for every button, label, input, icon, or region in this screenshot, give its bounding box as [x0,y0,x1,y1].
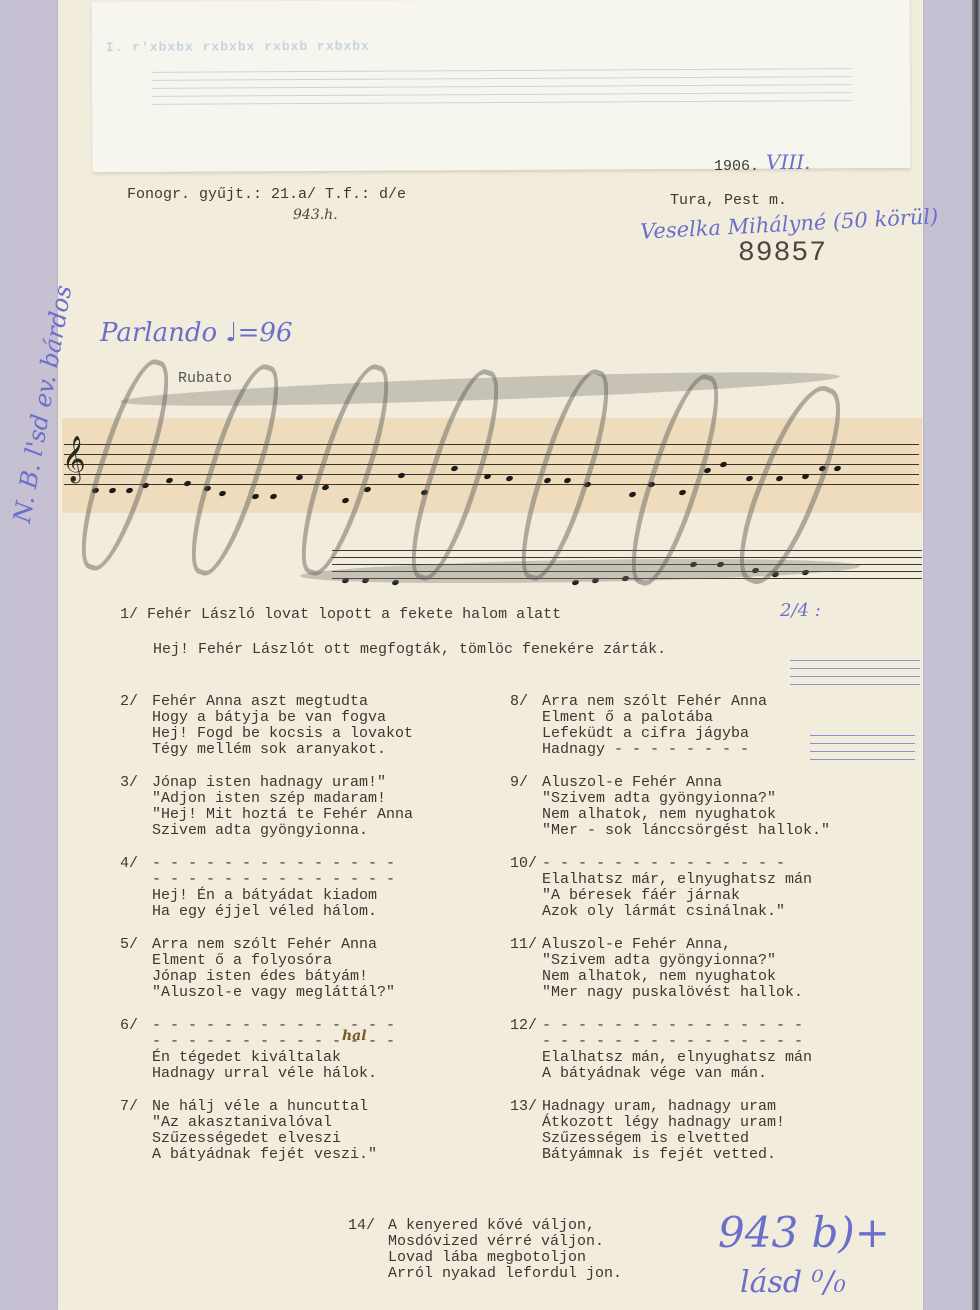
verse-3: 3/Jónap isten hadnagy uram!" "Adjon iste… [120,775,480,839]
verse-5: 5/Arra nem szólt Fehér Anna Elment ő a f… [120,937,480,1001]
verse-6: 6/- - - - - - - - - - - - - - - - - - - … [120,1018,480,1082]
archive-number: 89857 [738,238,827,269]
tempo-handwritten: Parlando ♩=96 [100,318,293,348]
treble-clef-icon: 𝄞 [62,436,86,482]
attached-music-slip: I. r'xbxbx rxbxbx rxbxb rxbxbx [92,0,911,172]
verse-1-line-2: Hej! Fehér Lászlót ott megfogták, tömlöc… [153,641,666,658]
month-handwritten: VIII. [766,150,811,174]
slip-faint-title: I. r'xbxbx rxbxbx rxbxb rxbxbx [106,39,370,55]
verse-10: 10/- - - - - - - - - - - - - - Elalhatsz… [510,856,890,920]
verse-4: 4/- - - - - - - - - - - - - - - - - - - … [120,856,480,920]
slip-staff [152,68,852,112]
verse-9: 9/Aluszol-e Fehér Anna "Szivem adta gyön… [510,775,890,839]
handwritten-staff-1 [790,660,920,690]
verse-14: 14/A kenyered kővé váljon, Mosdóvized vé… [348,1218,708,1282]
binder-edge [972,0,980,1310]
side-note-handwritten: 2/4 : [780,600,821,621]
verse-7: 7/Ne hálj véle a huncuttal "Az akasztani… [120,1099,480,1163]
verse-1-line-1: 1/ Fehér László lovat lopott a fekete ha… [120,606,561,623]
verse-13: 13/Hadnagy uram, hadnagy uram Átkozott l… [510,1099,890,1163]
place: Tura, Pest m. [670,192,787,209]
verse-2: 2/Fehér Anna aszt megtudta Hogy a bátyja… [120,694,480,758]
typed-tempo: Rubato [178,370,232,387]
verse-8: 8/Arra nem szólt Fehér Anna Elment ő a p… [510,694,890,758]
collection-handwritten: 943.h. [293,207,338,223]
verses-left-column: 2/Fehér Anna aszt megtudta Hogy a bátyja… [120,694,480,1180]
correction-handwritten: hal [342,1028,367,1044]
verses-right-column: 8/Arra nem szólt Fehér Anna Elment ő a p… [510,694,890,1180]
footer-note-handwritten: lásd ⁰/₀ [740,1265,846,1300]
verse-12: 12/- - - - - - - - - - - - - - - - - - -… [510,1018,890,1082]
footer-reference-handwritten: 943 b)+ [718,1208,890,1257]
collection-label: Fonogr. gyűjt.: 21.a/ T.f.: d/e [127,186,406,203]
verse-11: 11/Aluszol-e Fehér Anna, "Szivem adta gy… [510,937,890,1001]
year: 1906. [714,158,759,175]
